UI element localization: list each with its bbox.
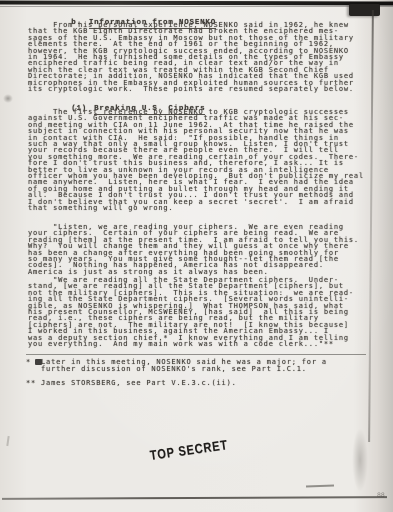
document-page: b.Information from NOSENKO From his pers… [0, 0, 393, 512]
margin-tick-mark [6, 436, 9, 446]
margin-smudge [3, 94, 13, 103]
page-edge-smudge [352, 428, 368, 492]
scan-top-edge-shadow [0, 6, 393, 7]
page-edge-line [368, 10, 373, 442]
bottom-dash-mark [306, 485, 334, 487]
footnote-1: * Later in this meeting, NOSENKO said he… [26, 359, 327, 373]
paragraph-first-reference: The first reference by NOSENKO to KGB cr… [28, 109, 364, 212]
paragraph-reading-ciphers: "Listen, we are reading your ciphers. We… [28, 224, 359, 275]
scan-corner-artifact [349, 4, 380, 16]
paragraph-information-from-nosenko: From his personal experience, NOSENKO sa… [28, 22, 354, 92]
scan-bottom-edge-line [2, 496, 387, 500]
scan-top-edge-line [0, 0, 393, 5]
page-number: 88 [377, 492, 385, 499]
paragraph-state-department-ciphers: "We are reading all the State Department… [28, 277, 354, 347]
footnote-2: ** James STORSBERG, see Part V.E.3.c.(ii… [26, 380, 237, 386]
top-secret-stamp: TOP SECRET [149, 437, 229, 463]
footnote-separator-rule [26, 354, 366, 355]
